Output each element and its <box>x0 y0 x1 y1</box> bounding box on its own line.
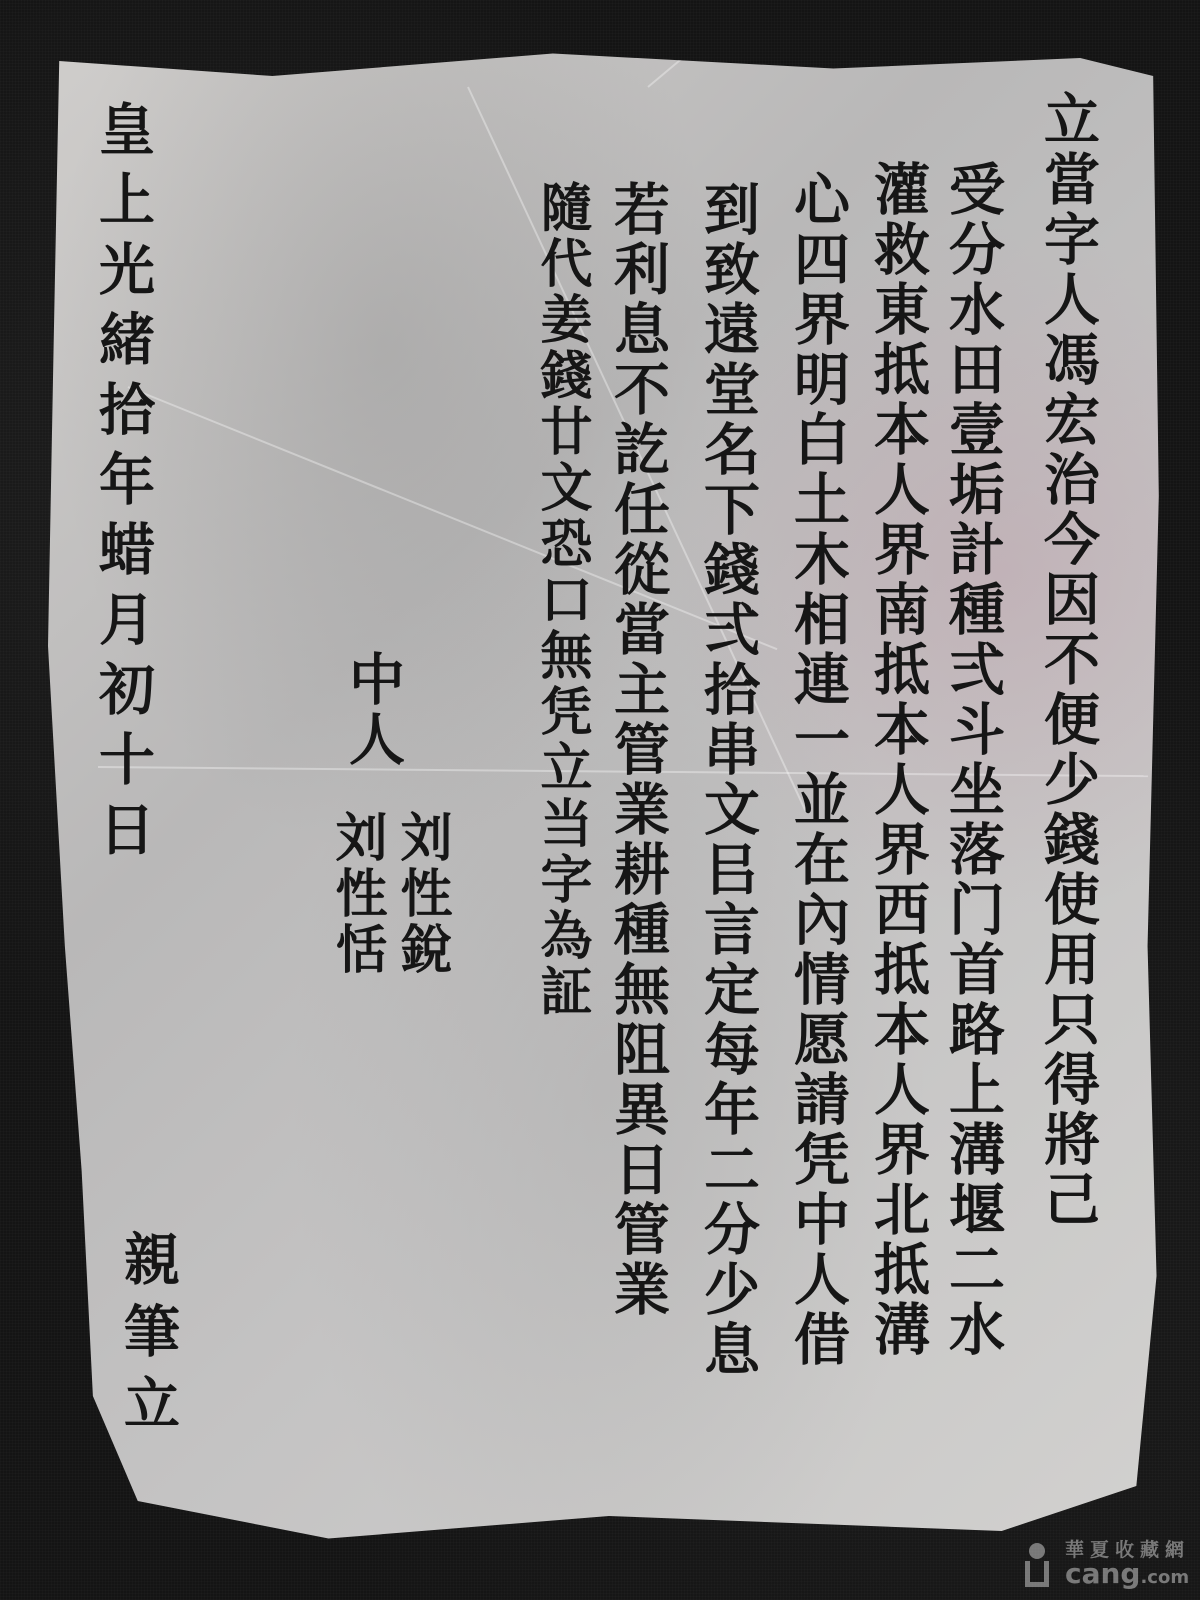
watermark: 華夏收藏網 cang.com <box>1017 1541 1190 1588</box>
contract-column-4: 心四界明白土木相連一並在內情愿請凭中人借 <box>790 170 846 1370</box>
signature: 親筆立 <box>120 1230 176 1446</box>
contract-column-2: 受分水田壹垢計種弍斗坐落门首路上溝堰二水 <box>945 160 1001 1360</box>
witness-name-1: 刘性銳 <box>395 810 447 978</box>
contract-column-1: 立當字人馮宏治今因不便少錢使用只得將己 <box>1040 90 1096 1230</box>
contract-column-3: 灌救東抵本人界南抵本人界西抵本人界北抵溝 <box>870 160 926 1360</box>
watermark-domain: cang.com <box>1065 1560 1190 1588</box>
witness-name-2: 刘性恬 <box>330 810 382 978</box>
fold-crease <box>128 386 778 650</box>
date-line: 皇上光緒拾年蜡月初十日 <box>95 100 151 870</box>
contract-column-5: 到致遠堂名下錢弍拾串文㠯言定每年二分少息 <box>700 180 756 1380</box>
witness-label: 中人 <box>345 650 401 770</box>
watermark-logo-icon <box>1017 1543 1057 1587</box>
contract-column-6: 若利息不訖任從當主管業耕種無阻異日管業 <box>610 180 666 1320</box>
contract-column-7: 隨代姜錢廿文恐口無凭立当字為証 <box>535 180 587 1020</box>
